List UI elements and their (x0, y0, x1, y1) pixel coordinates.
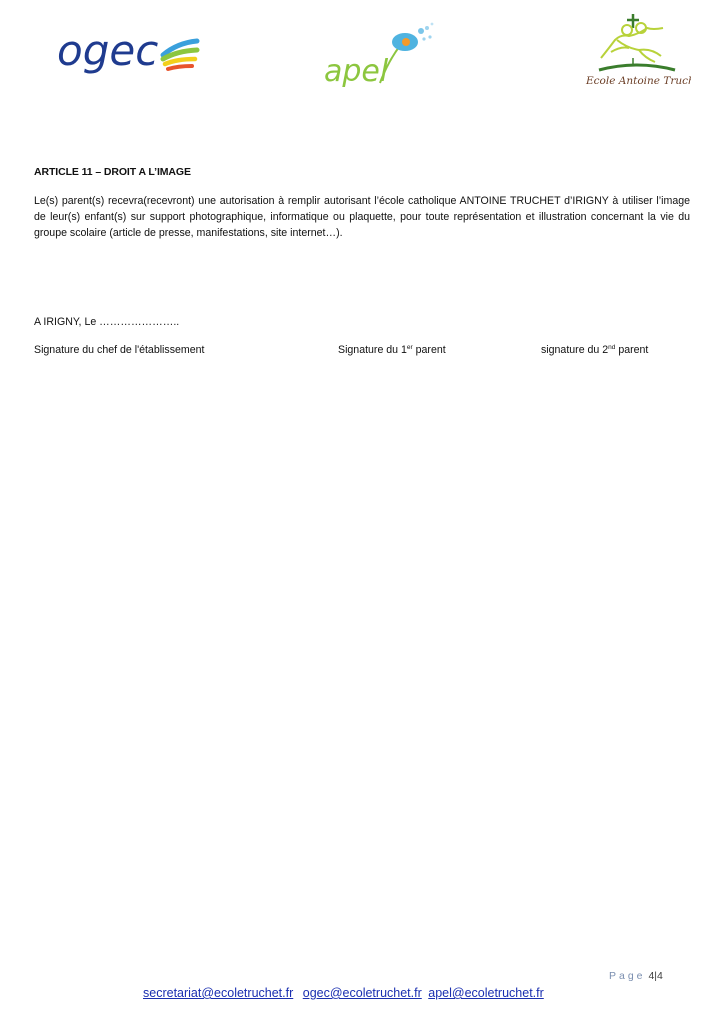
page-number: Page 4|4 (609, 970, 663, 982)
signature-chef-label: Signature du chef de l'établissement (34, 344, 204, 356)
apel-logo: apel (318, 15, 438, 87)
date-line: A IRIGNY, Le ………………….. (34, 316, 179, 328)
email-link-apel[interactable]: apel@ecoletruchet.fr (428, 986, 544, 1000)
signature-parent1-label: Signature du 1er parent (338, 344, 446, 356)
signature-parent2-label: signature du 2nd parent (541, 344, 648, 356)
running-children-cross-icon: Ecole Antoine Truchet (583, 12, 691, 88)
page-total: 4 (657, 970, 663, 982)
signature-parent2-prefix: signature du 2 (541, 344, 608, 356)
apel-dandelion-icon: apel (318, 15, 438, 87)
signature-parent1-prefix: Signature du 1 (338, 344, 407, 356)
email-link-ogec[interactable]: ogec@ecoletruchet.fr (303, 986, 422, 1000)
svg-text:apel: apel (324, 54, 389, 87)
page-label: Page (609, 970, 646, 982)
article-title: ARTICLE 11 – DROIT A L’IMAGE (34, 166, 191, 178)
signature-parent1-suffix: parent (413, 344, 446, 356)
ecole-antoine-truchet-logo: Ecole Antoine Truchet (583, 12, 691, 88)
signature-parent2-suffix: parent (615, 344, 648, 356)
email-link-secretariat[interactable]: secretariat@ecoletruchet.fr (143, 986, 293, 1000)
ogec-logo-icon: ogec (55, 25, 205, 85)
svg-text:ogec: ogec (57, 26, 158, 75)
article-body: Le(s) parent(s) recevra(recevront) une a… (34, 193, 690, 241)
svg-text:Ecole Antoine Truchet: Ecole Antoine Truchet (585, 75, 691, 87)
footer-emails: secretariat@ecoletruchet.fr ogec@ecoletr… (143, 986, 544, 1000)
ogec-logo: ogec (55, 25, 205, 85)
